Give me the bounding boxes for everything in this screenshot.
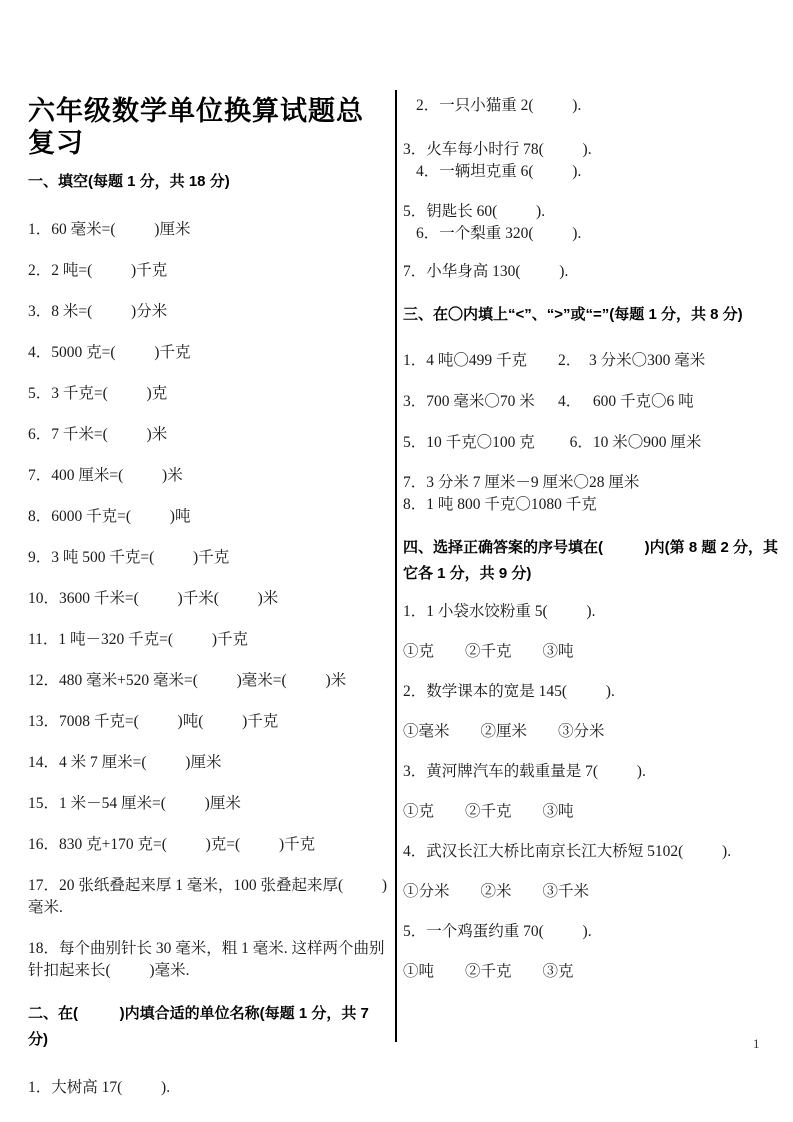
right-column: 2．一只小猫重 2( ). 3．火车每小时行 78( ). 4．一辆坦克重 6(…: [403, 95, 781, 1001]
choice-options-5: ①吨 ②千克 ③克: [403, 961, 781, 983]
unit-name-item-2: 2．一只小猫重 2( ).: [403, 95, 781, 117]
fill-blank-item-12: 12．480 毫米+520 毫米=( )毫米=( )米: [28, 670, 390, 692]
choice-question-4: 4．武汉长江大桥比南京长江大桥短 5102( ).: [403, 841, 781, 863]
page-number: 1: [753, 1036, 760, 1052]
fill-blank-item-4: 4．5000 克=( )千克: [28, 342, 390, 364]
page-title: 六年级数学单位换算试题总复习: [28, 95, 390, 159]
unit-name-item-1: 1．大树高 17( ).: [28, 1077, 390, 1099]
compare-row-2: 3．700 毫米〇70 米 4． 600 千克〇6 吨: [403, 391, 781, 413]
choice-options-2: ①毫米 ②厘米 ③分米: [403, 721, 781, 743]
left-column: 六年级数学单位换算试题总复习 一、填空(每题 1 分，共 18 分) 1．60 …: [28, 95, 390, 1118]
choice-options-4: ①分米 ②米 ③千米: [403, 881, 781, 903]
choice-options-3: ①克 ②千克 ③吨: [403, 801, 781, 823]
unit-name-item-4: 4．一辆坦克重 6( ).: [403, 161, 781, 183]
fill-blank-item-10: 10．3600 千米=( )千米( )米: [28, 588, 390, 610]
compare-row-1: 1．4 吨〇499 千克 2． 3 分米〇300 毫米: [403, 350, 781, 372]
section2-heading: 二、在( )内填合适的单位名称(每题 1 分，共 7 分): [28, 1001, 390, 1053]
fill-blank-item-16: 16．830 克+170 克=( )克=( )千克: [28, 834, 390, 856]
choice-options-1: ①克 ②千克 ③吨: [403, 641, 781, 663]
choice-question-2: 2．数学课本的宽是 145( ).: [403, 681, 781, 703]
column-divider: [395, 90, 397, 1042]
fill-blank-item-7: 7．400 厘米=( )米: [28, 465, 390, 487]
fill-blank-item-6: 6．7 千米=( )米: [28, 424, 390, 446]
fill-blank-item-17: 17．20 张纸叠起来厚 1 毫米，100 张叠起来厚( )毫米.: [28, 875, 390, 919]
fill-blank-item-2: 2．2 吨=( )千克: [28, 260, 390, 282]
fill-blank-item-1: 1．60 毫米=( )厘米: [28, 219, 390, 241]
fill-blank-item-9: 9．3 吨 500 千克=( )千克: [28, 547, 390, 569]
fill-blank-item-8: 8．6000 千克=( )吨: [28, 506, 390, 528]
fill-blank-item-13: 13．7008 千克=( )吨( )千克: [28, 711, 390, 733]
unit-name-item-5: 5．钥匙长 60( ).: [403, 201, 781, 223]
fill-blank-item-3: 3．8 米=( )分米: [28, 301, 390, 323]
section4-heading: 四、选择正确答案的序号填在( )内(第 8 题 2 分，其它各 1 分，共 9 …: [403, 535, 781, 587]
fill-blank-item-5: 5．3 千克=( )克: [28, 383, 390, 405]
unit-name-item-3: 3．火车每小时行 78( ).: [403, 139, 781, 161]
compare-row-4: 7．3 分米 7 厘米－9 厘米〇28 厘米: [403, 472, 781, 494]
unit-name-item-6: 6．一个梨重 320( ).: [403, 223, 781, 245]
fill-blank-item-11: 11．1 吨－320 千克=( )千克: [28, 629, 390, 651]
section1-heading: 一、填空(每题 1 分，共 18 分): [28, 169, 390, 195]
compare-row-5: 8．1 吨 800 千克〇1080 千克: [403, 494, 781, 516]
worksheet-page: 六年级数学单位换算试题总复习 一、填空(每题 1 分，共 18 分) 1．60 …: [0, 0, 793, 1122]
choice-question-1: 1．1 小袋水饺粉重 5( ).: [403, 601, 781, 623]
compare-row-3: 5．10 千克〇100 克 6．10 米〇900 厘米: [403, 432, 781, 454]
unit-name-item-7: 7．小华身高 130( ).: [403, 261, 781, 283]
choice-question-5: 5．一个鸡蛋约重 70( ).: [403, 921, 781, 943]
fill-blank-item-14: 14．4 米 7 厘米=( )厘米: [28, 752, 390, 774]
fill-blank-item-15: 15．1 米－54 厘米=( )厘米: [28, 793, 390, 815]
choice-question-3: 3．黄河牌汽车的载重量是 7( ).: [403, 761, 781, 783]
fill-blank-item-18: 18．每个曲别针长 30 毫米，粗 1 毫米. 这样两个曲别针扣起来长( )毫米…: [28, 938, 390, 982]
section3-heading: 三、在〇内填上“<”、“>”或“=”(每题 1 分，共 8 分): [403, 302, 781, 328]
